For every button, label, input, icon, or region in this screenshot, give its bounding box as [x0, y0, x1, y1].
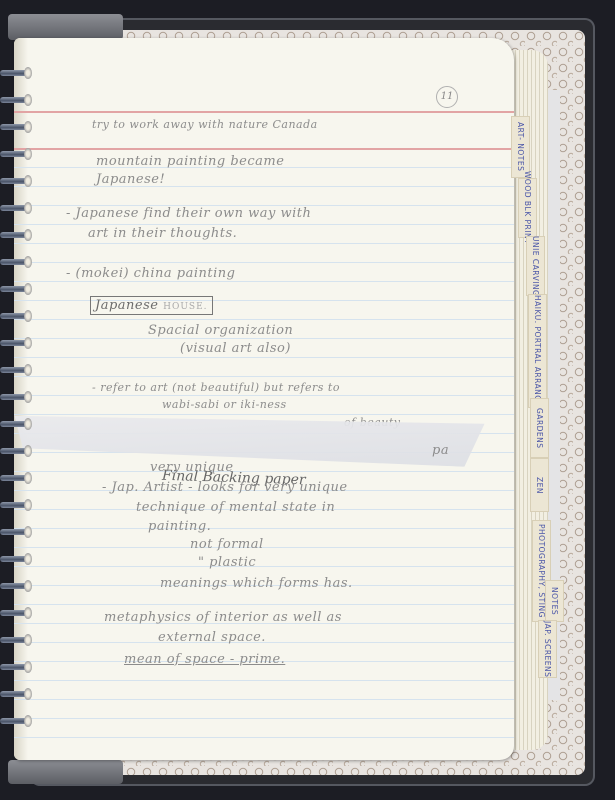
boxed-heading: Japanese HOUSE. — [90, 296, 213, 315]
spiral-ring — [0, 124, 30, 130]
handwritten-line: external space. — [158, 630, 266, 645]
tab-label: ART- NOTES — [516, 122, 525, 171]
ruled-line — [14, 737, 514, 738]
red-rule — [14, 111, 514, 113]
ruled-line — [14, 262, 514, 263]
handwritten-line: painting. — [148, 519, 211, 534]
spiral-ring — [0, 448, 30, 454]
spiral-ring — [0, 313, 30, 319]
spiral-ring — [0, 664, 30, 670]
handwritten-line: mountain painting became — [96, 154, 284, 169]
handwritten-line: technique of mental state in — [136, 500, 335, 515]
spiral-ring — [0, 205, 30, 211]
spiral-ring — [0, 556, 30, 562]
spiral-ring — [0, 529, 30, 535]
spiral-ring — [0, 259, 30, 265]
red-rule — [14, 148, 514, 150]
ruled-line — [14, 566, 514, 567]
index-tab-notes[interactable]: NOTES — [545, 580, 564, 622]
handwritten-line: art in their thoughts. — [88, 226, 237, 241]
spiral-ring — [0, 502, 30, 508]
handwritten-line: - Jap. Artist - looks for very unique — [102, 480, 348, 495]
handwritten-line: (visual art also) — [180, 341, 291, 356]
ruled-line — [14, 718, 514, 719]
spiral-ring — [0, 421, 30, 427]
handwritten-fragment: pa — [432, 443, 449, 458]
notebook-page: 11 try to work away with nature Canada m… — [14, 38, 514, 760]
tab-label: NOTES — [550, 587, 559, 615]
ruled-line — [14, 319, 514, 320]
index-tab-carving[interactable]: UNIE CARVING — [526, 236, 545, 296]
handwritten-line: try to work away with nature Canada — [92, 118, 318, 131]
handwritten-line: wabi-sabi or iki-ness — [162, 398, 287, 411]
spiral-ring — [0, 340, 30, 346]
handwritten-line: metaphysics of interior as well as — [104, 610, 342, 625]
ruled-line — [14, 243, 514, 244]
handwritten-line: - (mokei) china painting — [66, 266, 235, 281]
handwritten-line: - refer to art (not beautiful) but refer… — [92, 381, 340, 394]
spiral-ring — [0, 718, 30, 724]
spiral-ring — [0, 286, 30, 292]
ruled-line — [14, 338, 514, 339]
ruled-line — [14, 699, 514, 700]
binder-clip-top — [8, 14, 123, 40]
handwritten-line: Japanese! — [96, 172, 165, 187]
ruled-line — [14, 680, 514, 681]
ruled-line — [14, 604, 514, 605]
index-tab-gardens[interactable]: GARDENS — [530, 398, 549, 458]
handwritten-line: not formal — [190, 537, 264, 552]
masking-tape-strip — [14, 407, 485, 468]
binder-clip-bottom — [8, 760, 123, 784]
spiral-ring — [0, 151, 30, 157]
spiral-ring — [0, 475, 30, 481]
spiral-ring — [0, 583, 30, 589]
ruled-line — [14, 357, 514, 358]
handwritten-line: " plastic — [198, 555, 256, 570]
handwritten-line: - Japanese find their own way with — [66, 206, 311, 221]
spiral-ring — [0, 178, 30, 184]
handwritten-line: meanings which forms has. — [160, 576, 353, 591]
spiral-ring — [0, 394, 30, 400]
spiral-ring — [0, 367, 30, 373]
spiral-ring — [0, 637, 30, 643]
handwritten-line: mean of space - prime. — [124, 652, 285, 667]
ruled-line — [14, 186, 514, 187]
tab-label: GARDENS — [535, 408, 544, 449]
ruled-line — [14, 395, 514, 396]
spiral-ring — [0, 232, 30, 238]
spiral-ring — [0, 691, 30, 697]
ruled-line — [14, 281, 514, 282]
tab-label: ZEN — [535, 477, 544, 494]
handwritten-line: Spacial organization — [148, 323, 293, 338]
index-tab-jap-screens[interactable]: JAP. SCREENS — [538, 620, 557, 678]
tab-label: JAP. SCREENS — [543, 621, 552, 677]
index-tab-wood-block-print[interactable]: WOOD BLK PRINT — [518, 178, 537, 238]
spiral-ring — [0, 610, 30, 616]
index-tab-art-notes[interactable]: ART- NOTES — [511, 116, 530, 178]
ruled-line — [14, 224, 514, 225]
handwritten-line: very unique — [150, 460, 234, 475]
index-tab-haiku-flower-arrange[interactable]: HAIKU. PORTRAL ARRANGE — [528, 294, 547, 408]
ruled-line — [14, 414, 514, 415]
tab-label: WOOD BLK PRINT — [523, 171, 532, 244]
ruled-line — [14, 300, 514, 301]
spiral-ring — [0, 97, 30, 103]
boxed-heading-main: Japanese — [95, 298, 158, 313]
ruled-line — [14, 547, 514, 548]
index-tab-zen[interactable]: ZEN — [530, 458, 549, 512]
tab-label: HAIKU. PORTRAL ARRANGE — [533, 295, 542, 407]
ruled-line — [14, 528, 514, 529]
ruled-line — [14, 376, 514, 377]
page-number: 11 — [436, 86, 458, 108]
spiral-ring — [0, 70, 30, 76]
boxed-heading-sub: HOUSE. — [163, 302, 207, 312]
tab-label: UNIE CARVING — [531, 236, 540, 296]
